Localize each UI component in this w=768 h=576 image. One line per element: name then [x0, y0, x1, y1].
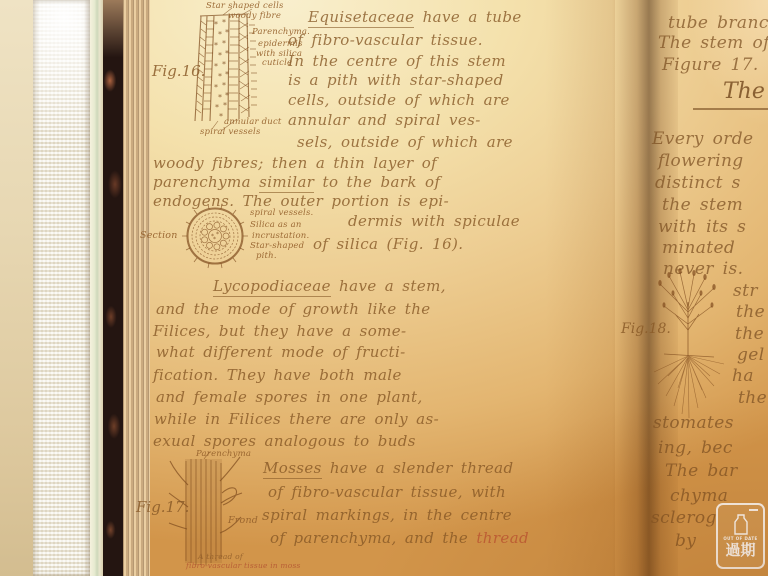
term-equisetaceae: Equisetaceae: [308, 8, 414, 28]
left-para2-line4: what different mode of fructi-: [156, 343, 406, 362]
left-para1-line8: woody fibres; then a thin layer of: [153, 154, 437, 173]
left-para2-line3: Filices, but they have a some-: [153, 322, 407, 341]
svg-text:*: *: [219, 112, 223, 121]
right-line13: The bar: [665, 461, 738, 482]
left-para3-line1: Mosses have a slender thread: [263, 459, 514, 478]
right-frag4: gel: [737, 345, 765, 366]
fig17-label-parenchyma: Parenchyma: [196, 450, 251, 459]
left-para2-line6: and female spores in one plant,: [156, 388, 423, 407]
page-curve-shade: [545, 0, 615, 576]
heading-underline: [693, 108, 768, 110]
right-frag3: the: [735, 324, 764, 345]
right-frag2: the: [736, 302, 765, 323]
fig17-label: Fig.17.: [136, 500, 189, 515]
right-frag6: the: [738, 388, 767, 409]
right-line4: Every orde: [652, 129, 754, 150]
watermark-cjk-text: 過期: [725, 542, 755, 559]
term-lycopodiaceae: Lycopodiaceae: [213, 277, 331, 297]
fig18-label: Fig.18.: [621, 322, 671, 336]
fig18-plant-drawing: [648, 268, 728, 428]
milk-bottle-icon: [733, 514, 749, 536]
svg-text:*: *: [214, 83, 218, 92]
svg-text:*: *: [218, 72, 222, 81]
table-surface: [0, 0, 33, 576]
section-label-silica: Silica as an: [250, 221, 302, 230]
right-line2: The stem of: [658, 33, 768, 54]
right-line12: ing, bec: [658, 438, 733, 459]
right-line8: with its s: [658, 217, 746, 238]
left-para2-line2: and the mode of growth like the: [156, 300, 431, 319]
svg-text:*: *: [222, 39, 226, 48]
section-label-incrustation: incrustation.: [252, 232, 309, 241]
right-section-heading: The: [723, 81, 765, 103]
watermark-dash: [749, 509, 758, 511]
watermark-badge: OUT OF DATE 過期: [716, 503, 765, 569]
section-drawing: ***: [178, 202, 256, 272]
left-para3-line2: of fibro-vascular tissue, with: [268, 483, 506, 502]
fig16-label-spiral-vessels: spiral vessels: [200, 128, 261, 137]
marbled-cover-edge: [103, 0, 123, 576]
left-para1-line12: of silica (Fig. 16).: [313, 235, 463, 254]
left-para1-line9: parenchyma similar to the bark of: [153, 173, 440, 192]
left-para1-line6: annular and spiral ves-: [288, 111, 481, 130]
svg-text:*: *: [225, 28, 229, 37]
right-line15: sclerog: [651, 508, 717, 529]
section-label-star-shaped: Star-shaped: [250, 242, 304, 251]
svg-text:*: *: [222, 18, 226, 27]
left-para1-line2: of fibro-vascular tissue.: [288, 31, 483, 50]
right-line5: flowering: [658, 151, 744, 172]
right-frag5: ha: [732, 366, 754, 387]
svg-text:*: *: [218, 51, 222, 60]
page-edges: [123, 0, 150, 576]
fig16-label-star-cells: Star shaped cells: [206, 2, 284, 11]
left-para2-line8: exual spores analogous to buds: [153, 432, 416, 451]
left-para2-line7: while in Filices there are only as-: [154, 410, 439, 429]
right-line1: tube branc: [668, 13, 768, 34]
svg-text:*: *: [214, 20, 218, 29]
right-frag1: str: [733, 281, 758, 302]
svg-text:*: *: [222, 60, 226, 69]
svg-text:*: *: [218, 93, 222, 102]
fabric-binding: [33, 0, 90, 576]
glass-edge: [90, 0, 103, 576]
manuscript-photo: ** ** ** ** ** ** ** ** ** * Fig.16. Sta…: [0, 0, 768, 576]
left-para1-line11: dermis with spiculae: [348, 212, 520, 231]
left-para1-line7: sels, outside of which are: [297, 133, 513, 152]
left-para1-line5: cells, outside of which are: [288, 91, 510, 110]
svg-text:*: *: [225, 70, 229, 79]
svg-text:*: *: [215, 103, 219, 112]
left-para1-line4: is a pith with star-shaped: [288, 71, 504, 90]
right-line3: Figure 17.: [662, 55, 759, 76]
svg-text:*: *: [214, 41, 218, 50]
left-para1-line3: In the centre of this stem: [288, 52, 506, 71]
red-ink-correction: thread: [476, 529, 529, 547]
svg-text:*: *: [213, 236, 216, 243]
svg-text:*: *: [223, 101, 227, 110]
underlined-similar: similar: [259, 173, 314, 193]
fig16-label-annular-duct: annular duct: [224, 118, 282, 127]
right-line6: distinct s: [655, 173, 741, 194]
fig17-caption-line2: fibro-vascular tissue in moss: [186, 562, 301, 570]
fig17-caption-line1: A thread of: [198, 553, 243, 561]
section-label: Section: [140, 231, 178, 241]
fig16-label-woody-fibre: woody fibre: [228, 12, 281, 21]
svg-text:*: *: [222, 81, 226, 90]
right-line16: by: [675, 531, 696, 552]
term-mosses: Mosses: [263, 459, 322, 479]
right-line9: minated: [662, 238, 735, 259]
fig17-label-frond: Frond: [228, 516, 258, 526]
svg-text:*: *: [225, 49, 229, 58]
left-para3-line4: of parenchyma, and the thread: [270, 529, 529, 548]
right-line7: the stem: [662, 195, 743, 216]
left-para2-line1: Lycopodiaceae have a stem,: [213, 277, 446, 296]
fig16-label: Fig.16.: [152, 64, 205, 79]
svg-text:*: *: [214, 62, 218, 71]
svg-text:*: *: [216, 231, 219, 238]
left-para1-line1: Equisetaceae have a tube: [308, 8, 522, 27]
svg-text:*: *: [225, 91, 229, 100]
left-para2-line5: fication. They have both male: [153, 366, 402, 385]
svg-text:*: *: [218, 30, 222, 39]
section-label-pith: pith.: [256, 252, 277, 261]
left-para3-line3: spiral markings, in the centre: [262, 506, 512, 525]
section-label-spiral-vessels: spiral vessels.: [250, 209, 313, 218]
